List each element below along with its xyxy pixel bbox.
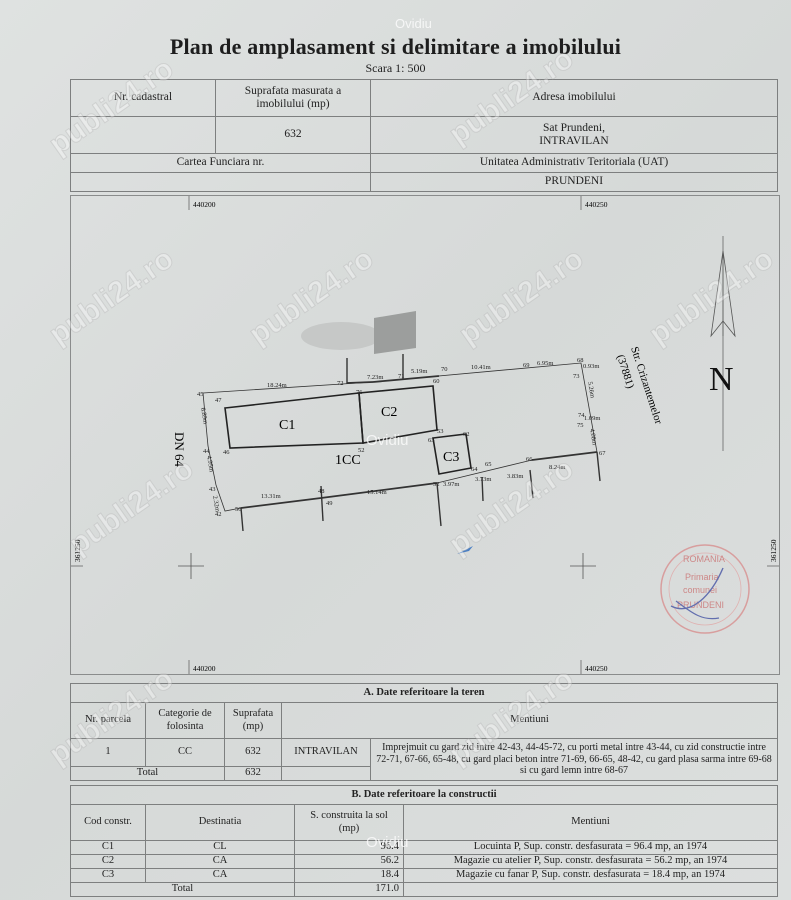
svg-text:6.95m: 6.95m: [537, 360, 553, 367]
cell-mentiuni: Magazie cu atelier P, Sup. constr. desfa…: [404, 855, 778, 869]
total-empty-a: [282, 767, 371, 781]
svg-text:7.23m: 7.23m: [367, 374, 383, 381]
point-numbers: 454772 767160 706968 737475 676665 64626…: [197, 357, 606, 518]
cell-nr: 1: [71, 739, 146, 767]
total-value-a: 632: [225, 767, 282, 781]
plan-svg: 440200 440250 440200 440250 361250 36125…: [71, 196, 779, 674]
svg-text:46: 46: [223, 449, 230, 456]
svg-text:50: 50: [235, 506, 242, 513]
grid-crosshair-left: [178, 553, 204, 579]
svg-text:76: 76: [356, 389, 363, 396]
svg-text:1.09m: 1.09m: [584, 415, 600, 422]
adresa-line1: Sat Prundeni,: [375, 122, 773, 135]
svg-text:6.89m: 6.89m: [199, 407, 209, 424]
north-label: N: [709, 361, 734, 398]
redacted-area: [301, 322, 381, 350]
cell-mentiuni: Locuinta P, Sup. constr. desfasurata = 9…: [404, 841, 778, 855]
col-header-categorie: Categorie de folosinta: [146, 703, 225, 739]
svg-text:8.24m: 8.24m: [549, 464, 565, 471]
cell-mentiuni: Imprejmuit cu gard zid intre 42-43, 44-4…: [371, 739, 778, 781]
total-label-a: Total: [71, 767, 225, 781]
overlay-name: Ovidiu: [395, 16, 432, 31]
cell-zona: INTRAVILAN: [282, 739, 371, 767]
cell-suprafata: 96.4: [295, 841, 404, 855]
svg-text:65: 65: [485, 461, 492, 468]
svg-text:4.95m: 4.95m: [205, 455, 215, 472]
svg-text:3.97m: 3.97m: [443, 481, 459, 488]
building-label-c2: C2: [381, 405, 397, 420]
grid-label-x-right-top: 440250: [585, 200, 608, 209]
grid-label-x-left-top: 440200: [193, 200, 216, 209]
svg-text:0.93m: 0.93m: [583, 363, 599, 370]
col-header-destinatia: Destinatia: [146, 805, 295, 841]
cell-mentiuni: Magazie cu fanar P, Sup. constr. desfasu…: [404, 869, 778, 883]
table-construction-data: B. Date referitoare la constructii Cod c…: [70, 785, 778, 897]
svg-text:ROMANIA: ROMANIA: [683, 554, 725, 564]
document-scale: Scara 1: 500: [0, 61, 791, 76]
cell-destinatia: CL: [146, 841, 295, 855]
grid-crosshair-right: [570, 553, 596, 579]
svg-text:5.26m: 5.26m: [586, 381, 596, 398]
svg-text:48: 48: [318, 488, 325, 495]
building-label-c3: C3: [443, 450, 459, 465]
svg-text:Primaria: Primaria: [685, 572, 719, 582]
svg-text:13.31m: 13.31m: [261, 493, 281, 500]
pen-mark: [457, 546, 473, 554]
uat-value: PRUNDENI: [371, 173, 778, 192]
cell-cod: C1: [71, 841, 146, 855]
table-land-data: A. Date referitoare la teren Nr. parcela…: [70, 683, 778, 781]
svg-text:47: 47: [215, 397, 222, 404]
svg-text:2.32m: 2.32m: [211, 495, 221, 512]
cell-cod: C3: [71, 869, 146, 883]
section-title-b: B. Date referitoare la constructii: [71, 786, 778, 805]
section-title-a: A. Date referitoare la teren: [71, 684, 778, 703]
svg-text:63: 63: [428, 437, 435, 444]
building-label-c1: C1: [279, 418, 295, 433]
adresa-label: Adresa imobilului: [371, 80, 778, 117]
col-header-mentiuni: Mentiuni: [282, 703, 778, 739]
cell-suprafata: 18.4: [295, 869, 404, 883]
svg-text:5.19m: 5.19m: [411, 368, 427, 375]
grid-label-x-left-bottom: 440200: [193, 664, 216, 673]
carte-funciara-value: [71, 173, 371, 192]
carte-funciara-label: Cartea Funciara nr.: [71, 154, 371, 173]
nr-cadastral-label: Nr. cadastral: [71, 80, 216, 117]
total-empty-b: [404, 883, 778, 897]
svg-text:10.41m: 10.41m: [471, 364, 491, 371]
total-value-b: 171.0: [295, 883, 404, 897]
svg-text:53: 53: [437, 428, 444, 435]
adresa-value: Sat Prundeni, INTRAVILAN: [371, 117, 778, 154]
svg-text:45: 45: [197, 391, 204, 398]
svg-text:32: 32: [433, 481, 440, 488]
svg-text:18.24m: 18.24m: [267, 382, 287, 389]
uat-label: Unitatea Administrativ Teritoriala (UAT): [371, 154, 778, 173]
svg-text:52: 52: [358, 447, 365, 454]
svg-text:73: 73: [573, 373, 580, 380]
col-header-mentiuni-b: Mentiuni: [404, 805, 778, 841]
svg-text:43: 43: [209, 486, 216, 493]
town-hall-stamp: ROMANIA Primaria comunei PRUNDENI: [661, 545, 749, 633]
header-table: Nr. cadastral Suprafata masurata a imobi…: [70, 79, 778, 192]
table-row: 1 CC 632 INTRAVILAN Imprejmuit cu gard z…: [71, 739, 778, 767]
table-row: C3 CA 18.4 Magazie cu fanar P, Sup. cons…: [71, 869, 778, 883]
svg-text:4.08m: 4.08m: [588, 428, 598, 445]
grid-label-y-right: 361250: [769, 539, 778, 562]
document-title: Plan de amplasament si delimitare a imob…: [0, 34, 791, 60]
cell-categorie: CC: [146, 739, 225, 767]
svg-text:62: 62: [463, 431, 470, 438]
grid-label-x-right-bottom: 440250: [585, 664, 608, 673]
suprafata-value: 632: [216, 117, 371, 154]
redacted-block: [374, 311, 416, 354]
cell-suprafata: 632: [225, 739, 282, 767]
parcel-label: 1CC: [335, 453, 361, 468]
cell-suprafata: 56.2: [295, 855, 404, 869]
cell-cod: C2: [71, 855, 146, 869]
total-label-b: Total: [71, 883, 295, 897]
suprafata-label: Suprafata masurata a imobilului (mp): [216, 80, 371, 117]
nr-cadastral-value: [71, 117, 216, 154]
cell-destinatia: CA: [146, 869, 295, 883]
north-arrow-icon: [711, 236, 735, 451]
col-header-suprafata: Suprafata (mp): [225, 703, 282, 739]
svg-text:60: 60: [433, 378, 440, 385]
svg-text:69: 69: [523, 362, 530, 369]
svg-text:44: 44: [203, 448, 210, 455]
svg-text:70: 70: [441, 366, 448, 373]
parcel-boundary: [203, 354, 600, 531]
table-row: C2 CA 56.2 Magazie cu atelier P, Sup. co…: [71, 855, 778, 869]
cell-destinatia: CA: [146, 855, 295, 869]
grid-label-y-left: 361250: [73, 539, 82, 562]
svg-text:75: 75: [577, 422, 584, 429]
svg-text:49: 49: [326, 500, 333, 507]
svg-text:71: 71: [398, 373, 405, 380]
svg-text:15.14m: 15.14m: [367, 489, 387, 496]
col-header-nr-parcela: Nr. parcela: [71, 703, 146, 739]
svg-text:72: 72: [337, 380, 344, 387]
road-label-dn64: DN 64: [172, 432, 187, 468]
svg-text:66: 66: [526, 456, 533, 463]
adresa-line2: INTRAVILAN: [375, 135, 773, 148]
svg-text:3.83m: 3.83m: [507, 473, 523, 480]
building-c2: [359, 386, 437, 443]
site-plan-drawing: 440200 440250 440200 440250 361250 36125…: [70, 195, 780, 675]
svg-text:64: 64: [471, 466, 478, 473]
col-header-cod: Cod constr.: [71, 805, 146, 841]
svg-text:comunei: comunei: [683, 585, 717, 595]
svg-text:3.73m: 3.73m: [475, 476, 491, 483]
col-header-s-construita: S. construita la sol (mp): [295, 805, 404, 841]
svg-text:67: 67: [599, 450, 606, 457]
table-row: C1 CL 96.4 Locuinta P, Sup. constr. desf…: [71, 841, 778, 855]
cadastral-plan-page: Plan de amplasament si delimitare a imob…: [0, 0, 791, 900]
